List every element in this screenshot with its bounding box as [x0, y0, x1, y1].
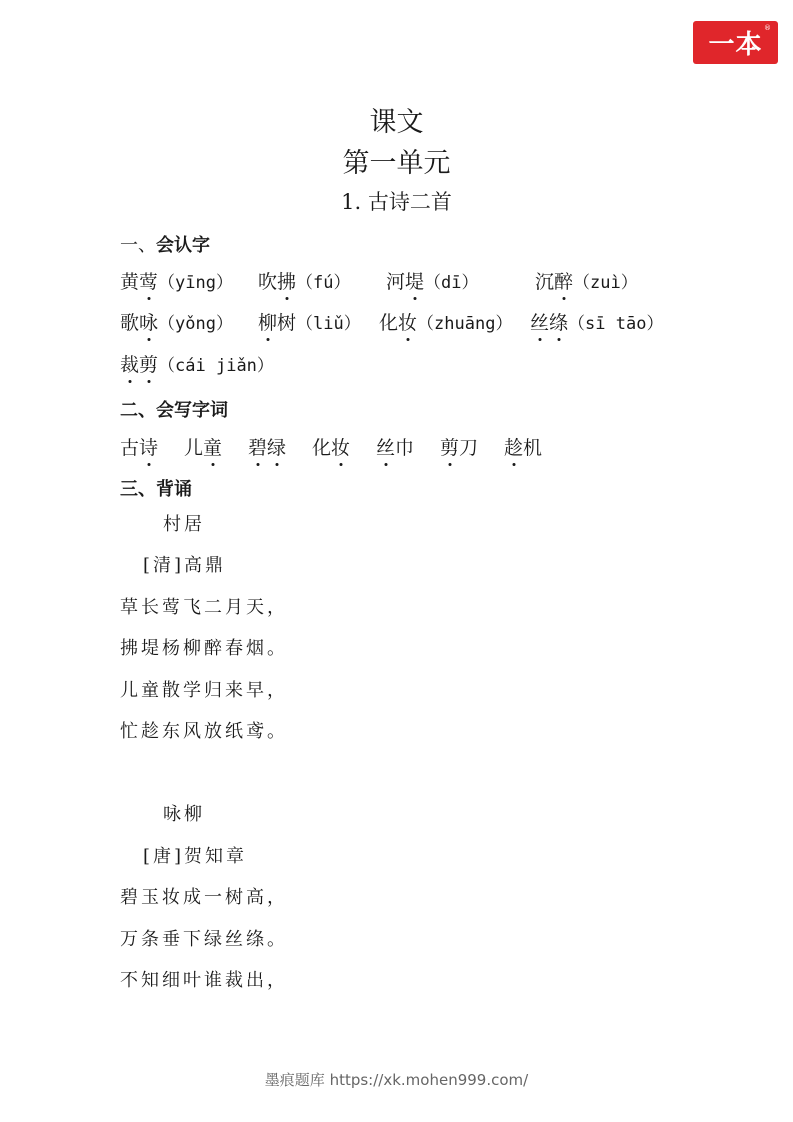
vocab-pinyin: （zuì）: [573, 273, 638, 293]
logo-text: 一本: [708, 24, 762, 61]
vocab-word: 裁剪: [120, 350, 158, 377]
vocab-pinyin: （cái jiǎn）: [158, 356, 274, 376]
footer-watermark: 墨痕题库 https://xk.mohen999.com/: [0, 1069, 793, 1090]
write-word: 趁机: [504, 433, 542, 460]
write-word: 碧绿: [248, 433, 286, 460]
poem-line: 草长莺飞二月天，: [120, 593, 288, 619]
poem-author: [唐]贺知章: [143, 842, 247, 868]
poem-title: 咏柳: [163, 800, 205, 826]
vocab-word: 沉醉: [535, 267, 573, 294]
vocab-item: 沉醉（zuì）: [535, 267, 638, 294]
vocab-pinyin: （sī tāo）: [568, 314, 663, 334]
vocab-pinyin: （zhuāng）: [417, 314, 512, 334]
vocab-pinyin: （liǔ）: [296, 314, 361, 334]
poem-title: 村居: [163, 510, 205, 536]
lesson-title: 1. 古诗二首: [0, 186, 793, 216]
poem-line: 不知细叶谁裁出，: [120, 966, 288, 992]
write-word: 化妆: [312, 433, 350, 460]
write-word: 古诗: [120, 433, 158, 460]
registered-mark: ®: [764, 24, 772, 32]
poem-line: 万条垂下绿丝绦。: [120, 925, 288, 951]
poem-line: 碧玉妆成一树高，: [120, 883, 288, 909]
section-heading-text: 背诵: [156, 479, 192, 500]
vocab-word: 歌咏: [120, 308, 158, 335]
section-heading-write: 二、会写字词: [120, 396, 228, 422]
vocab-word: 河堤: [386, 267, 424, 294]
section-heading-recite: 三、背诵: [120, 475, 192, 501]
poem-line: 儿童散学归来早，: [120, 676, 288, 702]
vocab-item: 化妆（zhuāng）: [379, 308, 512, 335]
vocab-word: 化妆: [379, 308, 417, 335]
vocab-item: 丝绦（sī tāo）: [530, 308, 663, 335]
section-heading-text: 会写字词: [156, 400, 228, 421]
vocab-word: 黄莺: [120, 267, 158, 294]
recognize-row-3: 裁剪（cái jiǎn）: [120, 350, 720, 380]
vocab-item: 吹拂（fú）: [258, 267, 351, 294]
recognize-row-2: 歌咏（yǒng） 柳树（liǔ） 化妆（zhuāng） 丝绦（sī tāo）: [120, 308, 720, 338]
write-words-row: 古诗 儿童 碧绿 化妆 丝巾 剪刀 趁机: [120, 433, 720, 463]
vocab-word: 丝绦: [530, 308, 568, 335]
write-word: 儿童: [184, 433, 222, 460]
section-number: 一、: [120, 235, 156, 256]
poem-line: 拂堤杨柳醉春烟。: [120, 634, 288, 660]
vocab-item: 裁剪（cái jiǎn）: [120, 350, 274, 377]
vocab-item: 歌咏（yǒng）: [120, 308, 233, 335]
vocab-word: 柳树: [258, 308, 296, 335]
recognize-row-1: 黄莺（yīng） 吹拂（fú） 河堤（dī） 沉醉（zuì）: [120, 267, 720, 297]
vocab-pinyin: （yīng）: [158, 273, 233, 293]
write-word: 剪刀: [440, 433, 478, 460]
vocab-word: 吹拂: [258, 267, 296, 294]
vocab-pinyin: （fú）: [296, 273, 350, 293]
section-heading-recognize: 一、会认字: [120, 231, 210, 257]
brand-logo: 一本 ®: [693, 21, 778, 64]
vocab-item: 黄莺（yīng）: [120, 267, 233, 294]
unit-title: 第一单元: [0, 141, 793, 180]
vocab-item: 柳树（liǔ）: [258, 308, 361, 335]
page-title: 课文: [0, 100, 793, 139]
section-number: 三、: [120, 479, 156, 500]
poem-line: 忙趁东风放纸鸢。: [120, 717, 288, 743]
vocab-pinyin: （dī）: [424, 273, 478, 293]
vocab-item: 河堤（dī）: [386, 267, 479, 294]
section-number: 二、: [120, 400, 156, 421]
poem-author: [清]高鼎: [143, 551, 226, 577]
vocab-pinyin: （yǒng）: [158, 314, 233, 334]
section-heading-text: 会认字: [156, 235, 210, 256]
write-word: 丝巾: [376, 433, 414, 460]
